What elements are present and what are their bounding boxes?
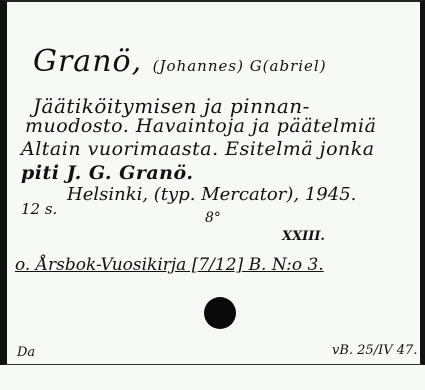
author-given-names: (Johannes) G(abriel): [153, 57, 327, 75]
punch-hole: [204, 297, 236, 329]
format: 8°: [205, 210, 221, 226]
title-line-4: piti J. G. Granö.: [21, 162, 193, 184]
signature-left: Da: [17, 345, 35, 360]
series-statement: o. Årsbok-Vuosikirja [7/12] B. N:o 3.: [15, 255, 324, 275]
page-count: 12 s.: [21, 200, 57, 218]
series-volume: XXIII.: [282, 229, 325, 244]
signature-right: vB. 25/IV 47.: [332, 343, 417, 358]
imprint: Helsinki, (typ. Mercator), 1945.: [67, 184, 356, 205]
catalog-card: Granö, (Johannes) G(abriel) Jäätiköitymi…: [0, 0, 425, 365]
series-part: B. N:o 3.: [249, 255, 324, 275]
author-surname: Granö,: [33, 44, 142, 79]
title-line-3: Altain vuorimaasta. Esitelmä jonka: [21, 138, 375, 160]
title-line-2: muodosto. Havaintoja ja päätelmiä: [25, 115, 376, 137]
series-name: o. Årsbok-Vuosikirja [7/12]: [15, 255, 243, 275]
author-heading: Granö, (Johannes) G(abriel): [33, 44, 327, 79]
